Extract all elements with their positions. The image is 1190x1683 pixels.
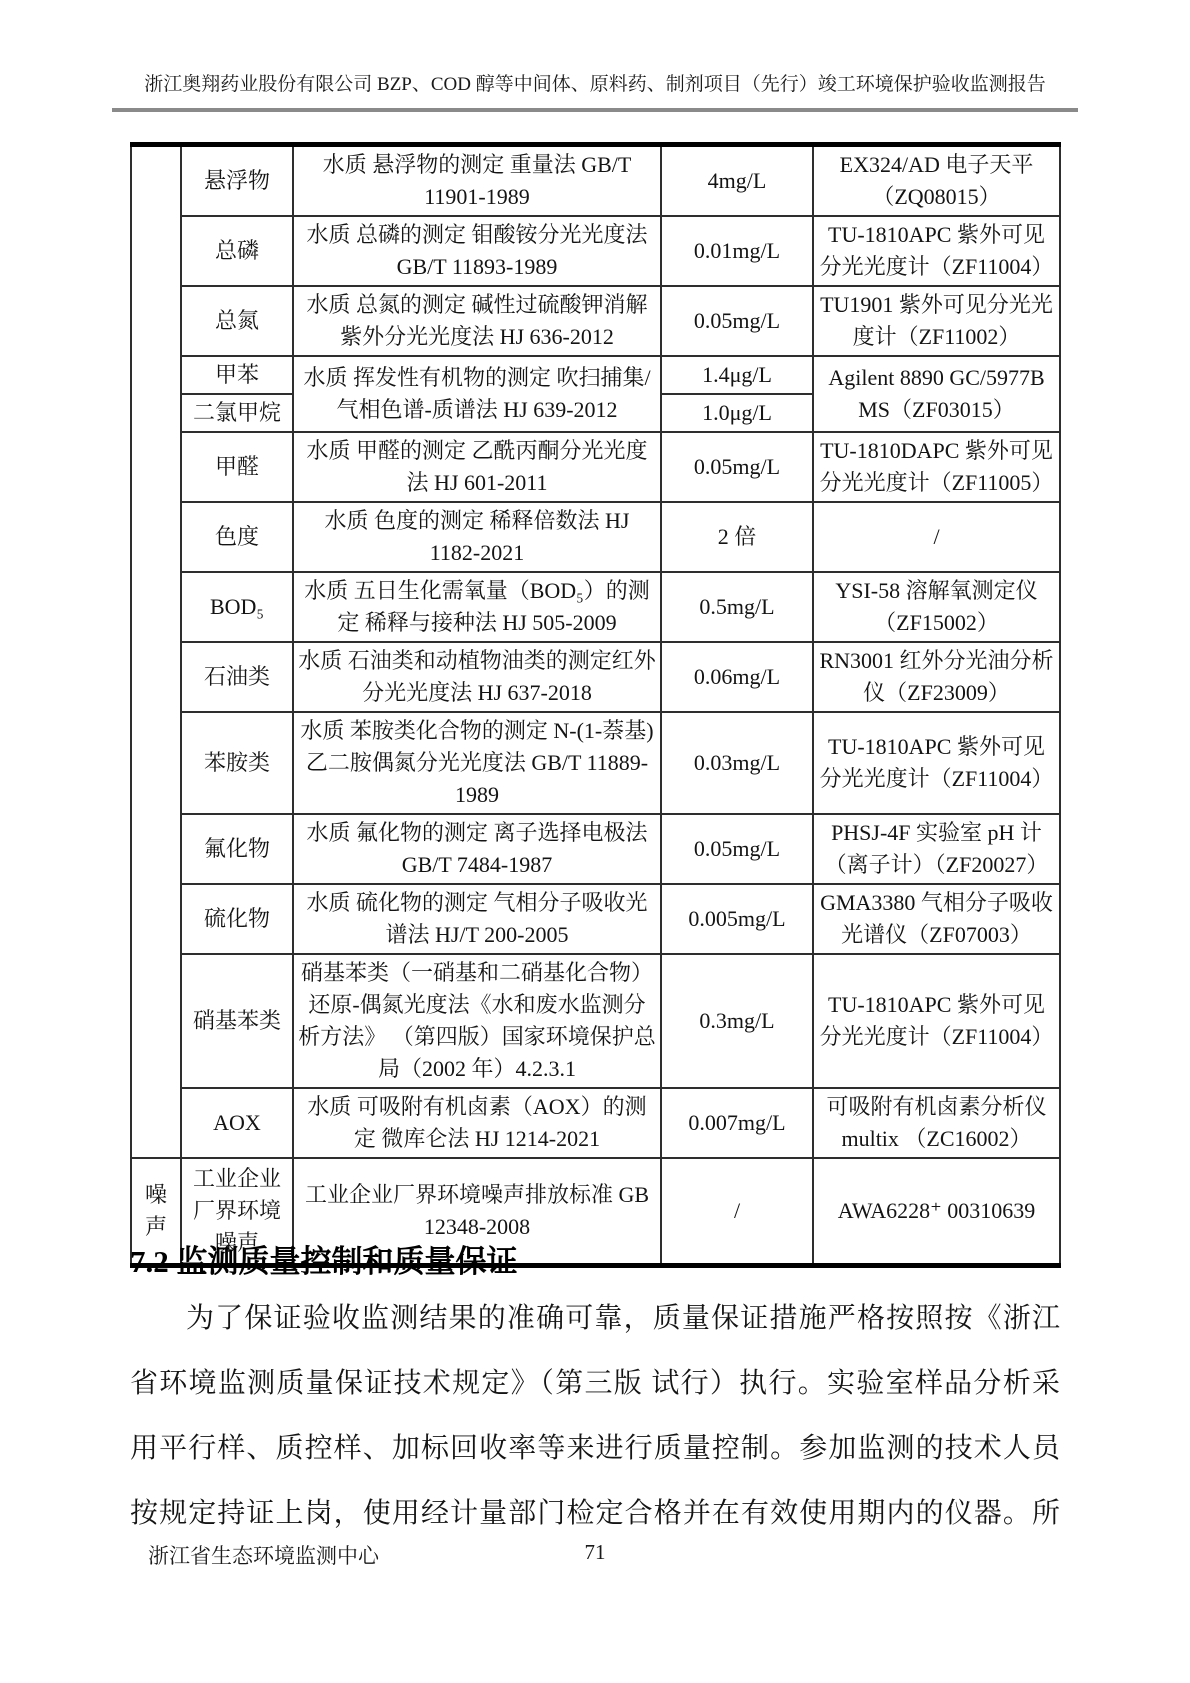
instrument-cell: 可吸附有机卤素分析仪 multix （ZC16002） [813,1088,1060,1158]
parameter-cell: 悬浮物 [181,145,293,217]
parameter-cell: 硫化物 [181,884,293,954]
table-row: 悬浮物 水质 悬浮物的测定 重量法 GB/T 11901-1989 4mg/L … [131,145,1060,217]
footer-org-name: 浙江省生态环境监测中心 [148,1540,379,1570]
limit-cell: 0.05mg/L [661,814,813,884]
method-cell: 水质 总磷的测定 钼酸铵分光光度法 GB/T 11893-1989 [293,216,661,286]
table-row: AOX 水质 可吸附有机卤素（AOX）的测定 微库仑法 HJ 1214-2021… [131,1088,1060,1158]
method-cell: 水质 五日生化需氧量（BOD₅）的测定 稀释与接种法 HJ 505-2009 [293,572,661,642]
page-footer: 71 浙江省生态环境监测中心 [0,1540,1190,1570]
table-row: 总磷 水质 总磷的测定 钼酸铵分光光度法 GB/T 11893-1989 0.0… [131,216,1060,286]
parameter-cell: 总氮 [181,286,293,356]
paragraph-line-1: 为了保证验收监测结果的准确可靠，质量保证措施严格按照按《浙江 [130,1286,1060,1351]
instrument-cell: TU1901 紫外可见分光光度计（ZF11002） [813,286,1060,356]
limit-cell: 1.4μg/L [661,356,813,394]
parameter-cell: 甲醛 [181,432,293,502]
method-cell: 水质 挥发性有机物的测定 吹扫捕集/气相色谱-质谱法 HJ 639-2012 [293,356,661,432]
instrument-cell: GMA3380 气相分子吸收光谱仪（ZF07003） [813,884,1060,954]
parameter-cell: 苯胺类 [181,712,293,814]
limit-cell: 0.03mg/L [661,712,813,814]
parameter-cell: AOX [181,1088,293,1158]
monitoring-methods-table-wrap: 悬浮物 水质 悬浮物的测定 重量法 GB/T 11901-1989 4mg/L … [130,142,1061,1268]
instrument-cell: Agilent 8890 GC/5977B MS（ZF03015） [813,356,1060,432]
section-heading: 7.2 监测质量控制和质量保证 [130,1236,1060,1281]
table-row: BOD₅ 水质 五日生化需氧量（BOD₅）的测定 稀释与接种法 HJ 505-2… [131,572,1060,642]
header-title: 浙江奥翔药业股份有限公司 BZP、COD 醇等中间体、原料药、制剂项目（先行）竣… [144,74,1045,95]
table-row: 苯胺类 水质 苯胺类化合物的测定 N-(1-萘基)乙二胺偶氮分光光度法 GB/T… [131,712,1060,814]
paragraph-line-4: 按规定持证上岗，使用经计量部门检定合格并在有效使用期内的仪器。所 [130,1481,1060,1546]
limit-cell: 0.005mg/L [661,884,813,954]
instrument-cell: PHSJ-4F 实验室 pH 计（离子计）（ZF20027） [813,814,1060,884]
table-row: 氟化物 水质 氟化物的测定 离子选择电极法 GB/T 7484-1987 0.0… [131,814,1060,884]
parameter-cell: 氟化物 [181,814,293,884]
instrument-cell: TU-1810APC 紫外可见分光光度计（ZF11004） [813,216,1060,286]
method-cell: 水质 甲醛的测定 乙酰丙酮分光光度法 HJ 601-2011 [293,432,661,502]
method-cell: 硝基苯类（一硝基和二硝基化合物）还原-偶氮光度法《水和废水监测分析方法》 （第四… [293,954,661,1088]
method-cell: 水质 色度的测定 稀释倍数法 HJ 1182-2021 [293,502,661,572]
method-cell: 水质 石油类和动植物油类的测定红外分光光度法 HJ 637-2018 [293,642,661,712]
method-cell: 水质 总氮的测定 碱性过硫酸钾消解紫外分光光度法 HJ 636-2012 [293,286,661,356]
instrument-cell: EX324/AD 电子天平（ZQ08015） [813,145,1060,217]
limit-cell: 0.05mg/L [661,432,813,502]
paragraph-line-2: 省环境监测质量保证技术规定》（第三版 试行）执行。实验室样品分析采 [130,1351,1060,1416]
instrument-cell: / [813,502,1060,572]
table-row: 硫化物 水质 硫化物的测定 气相分子吸收光谱法 HJ/T 200-2005 0.… [131,884,1060,954]
parameter-cell: 硝基苯类 [181,954,293,1088]
table-row: 甲醛 水质 甲醛的测定 乙酰丙酮分光光度法 HJ 601-2011 0.05mg… [131,432,1060,502]
limit-cell: 1.0μg/L [661,394,813,432]
limit-cell: 0.3mg/L [661,954,813,1088]
method-cell: 水质 硫化物的测定 气相分子吸收光谱法 HJ/T 200-2005 [293,884,661,954]
limit-cell: 0.007mg/L [661,1088,813,1158]
method-cell: 水质 悬浮物的测定 重量法 GB/T 11901-1989 [293,145,661,217]
instrument-cell: YSI-58 溶解氧测定仪（ZF15002） [813,572,1060,642]
method-cell: 水质 氟化物的测定 离子选择电极法 GB/T 7484-1987 [293,814,661,884]
table-row: 石油类 水质 石油类和动植物油类的测定红外分光光度法 HJ 637-2018 0… [131,642,1060,712]
body-paragraph: 为了保证验收监测结果的准确可靠，质量保证措施严格按照按《浙江 省环境监测质量保证… [130,1286,1060,1546]
limit-cell: 0.06mg/L [661,642,813,712]
limit-cell: 4mg/L [661,145,813,217]
parameter-cell: 色度 [181,502,293,572]
monitoring-methods-table: 悬浮物 水质 悬浮物的测定 重量法 GB/T 11901-1989 4mg/L … [130,142,1061,1268]
table-row: 硝基苯类 硝基苯类（一硝基和二硝基化合物）还原-偶氮光度法《水和废水监测分析方法… [131,954,1060,1088]
parameter-cell: 石油类 [181,642,293,712]
instrument-cell: TU-1810APC 紫外可见分光光度计（ZF11004） [813,712,1060,814]
instrument-cell: TU-1810APC 紫外可见分光光度计（ZF11004） [813,954,1060,1088]
method-cell: 水质 可吸附有机卤素（AOX）的测定 微库仑法 HJ 1214-2021 [293,1088,661,1158]
parameter-cell: BOD₅ [181,572,293,642]
parameter-cell: 二氯甲烷 [181,394,293,432]
table-row: 色度 水质 色度的测定 稀释倍数法 HJ 1182-2021 2 倍 / [131,502,1060,572]
method-cell: 水质 苯胺类化合物的测定 N-(1-萘基)乙二胺偶氮分光光度法 GB/T 118… [293,712,661,814]
parameter-cell: 甲苯 [181,356,293,394]
page-header: 浙江奥翔药业股份有限公司 BZP、COD 醇等中间体、原料药、制剂项目（先行）竣… [112,72,1078,112]
parameter-cell: 总磷 [181,216,293,286]
instrument-cell: TU-1810DAPC 紫外可见分光光度计（ZF11005） [813,432,1060,502]
limit-cell: 2 倍 [661,502,813,572]
table-row: 总氮 水质 总氮的测定 碱性过硫酸钾消解紫外分光光度法 HJ 636-2012 … [131,286,1060,356]
limit-cell: 0.01mg/L [661,216,813,286]
category-continuation-cell [131,145,181,1159]
report-page: { "page": { "header_title": "浙江奥翔药业股份有限公… [0,0,1190,1683]
limit-cell: 0.5mg/L [661,572,813,642]
paragraph-line-3: 用平行样、质控样、加标回收率等来进行质量控制。参加监测的技术人员 [130,1416,1060,1481]
table-row: 甲苯 水质 挥发性有机物的测定 吹扫捕集/气相色谱-质谱法 HJ 639-201… [131,356,1060,394]
limit-cell: 0.05mg/L [661,286,813,356]
instrument-cell: RN3001 红外分光油分析仪（ZF23009） [813,642,1060,712]
